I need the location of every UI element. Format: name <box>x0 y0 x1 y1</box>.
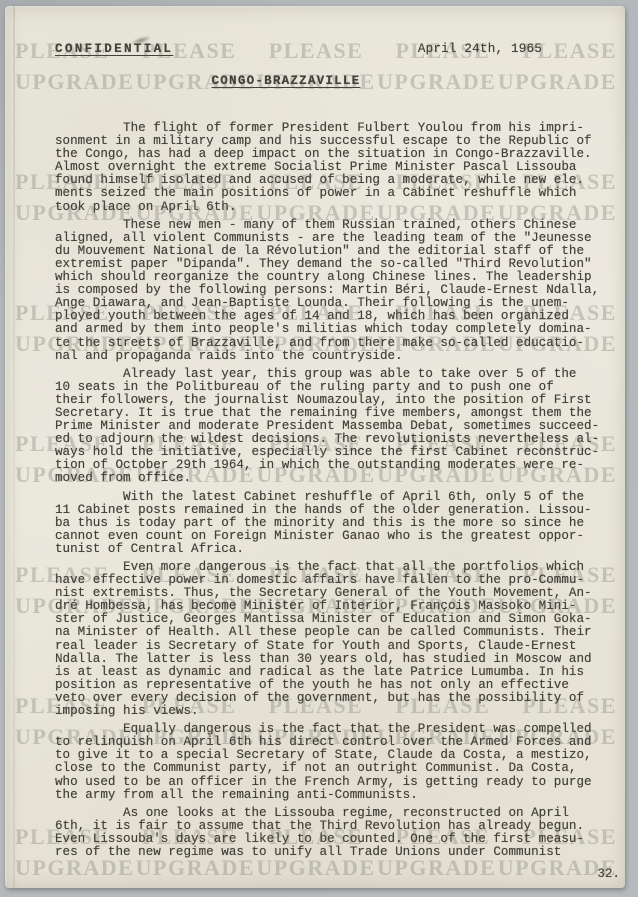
scan-backdrop: PLEASEPLEASEPLEASEPLEASEPLEASEUPGRADEUPG… <box>0 0 638 897</box>
document-page: PLEASEPLEASEPLEASEPLEASEPLEASEUPGRADEUPG… <box>5 6 625 888</box>
document-title: CONGO-BRAZZAVILLE <box>212 74 361 88</box>
paragraph: Equally dangerous is the fact that the P… <box>55 723 615 802</box>
paragraph: With the latest Cabinet reshuffle of Apr… <box>55 491 615 556</box>
title-row: CONGO-BRAZZAVILLE <box>55 73 517 88</box>
document-body: The flight of former President Fulbert Y… <box>55 122 615 859</box>
classification-stamp: CONFIDENTIAL <box>55 42 173 56</box>
paragraph: The flight of former President Fulbert Y… <box>55 122 615 214</box>
document-date: April 24th, 1965 <box>418 42 542 56</box>
paragraph: As one looks at the Lissouba regime, rec… <box>55 807 615 859</box>
document-content: CONFIDENTIAL April 24th, 1965 CONGO-BRAZ… <box>5 6 625 888</box>
paragraph: Even more dangerous is the fact that all… <box>55 561 615 718</box>
paragraph: These new men - many of them Russian tra… <box>55 219 615 363</box>
page-number: 32. <box>597 867 620 881</box>
document-header: CONFIDENTIAL April 24th, 1965 <box>55 42 612 56</box>
paragraph: Already last year, this group was able t… <box>55 368 615 486</box>
